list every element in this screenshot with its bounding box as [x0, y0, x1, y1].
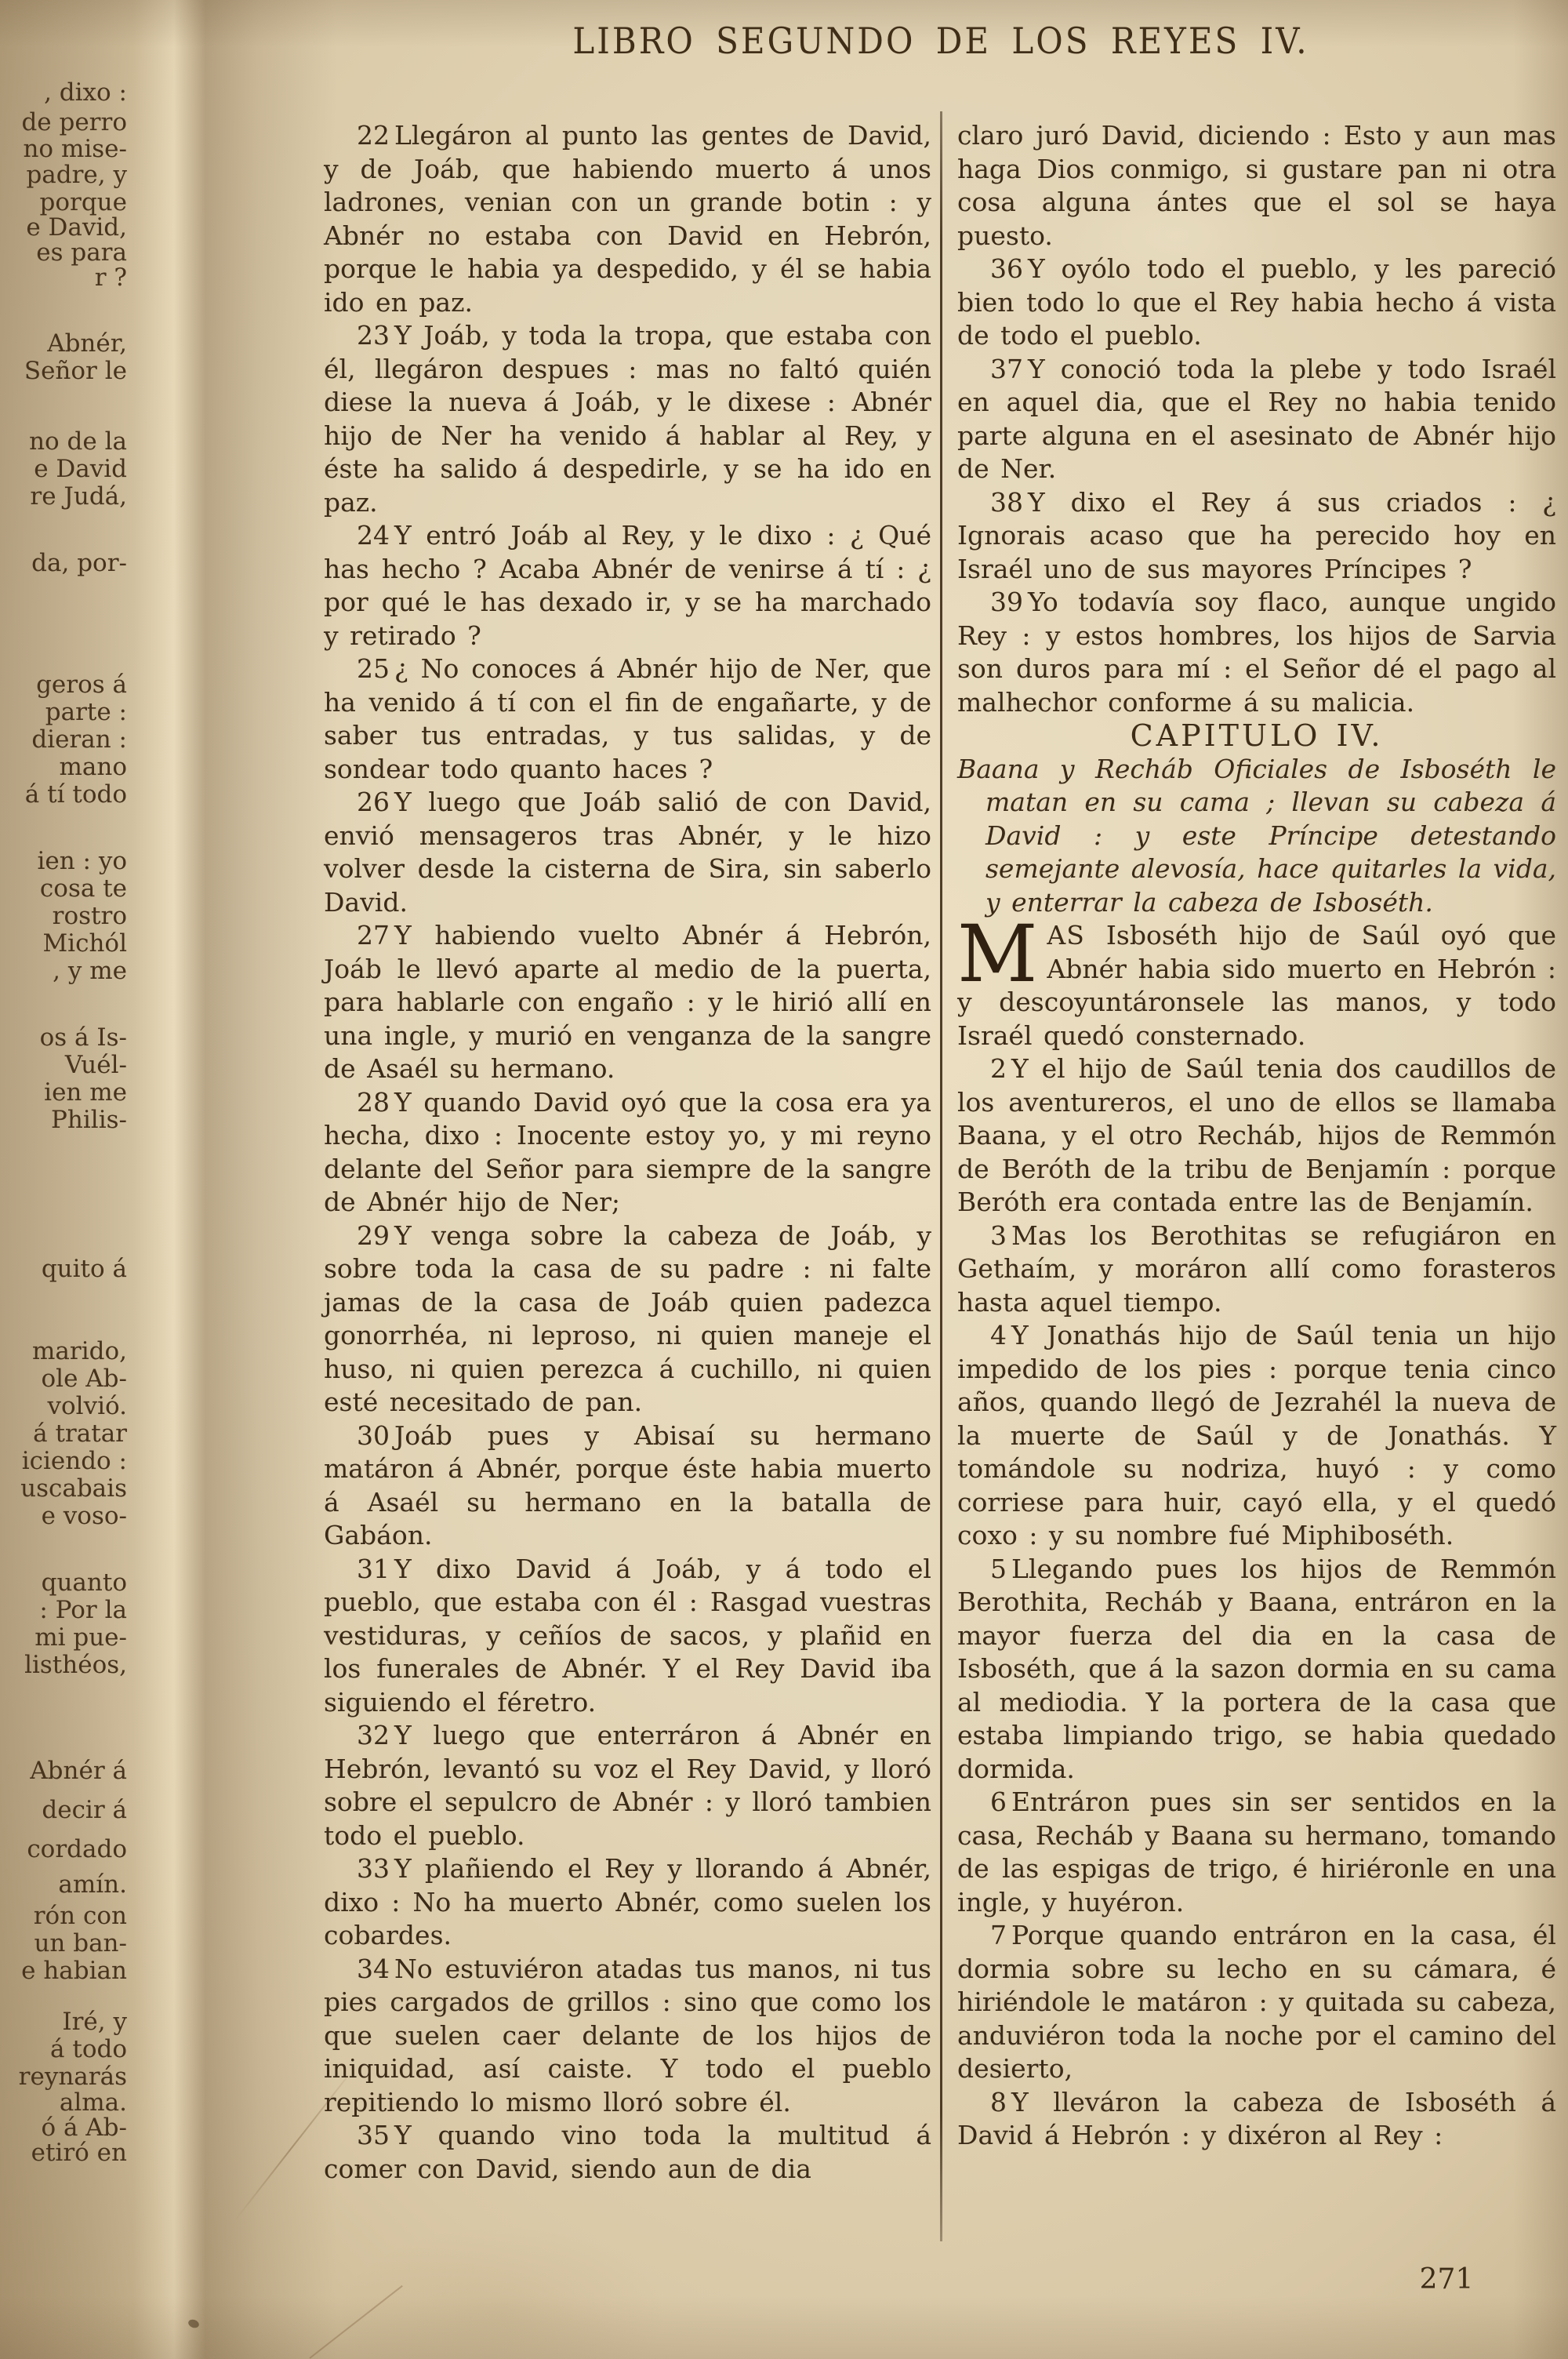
previous-page-text-fragment: Iré, y [62, 2008, 127, 2036]
previous-page-text-fragment: e David, [26, 213, 127, 242]
verse-paragraph-6: 6Entráron pues sin ser sentidos en la ca… [957, 1786, 1556, 1919]
verse-paragraph-37: 37Y conoció toda la plebe y todo Israél … [957, 353, 1556, 486]
previous-page-text-fragment: á tí todo [25, 780, 127, 809]
previous-page-text-fragment: no mise- [23, 135, 127, 163]
previous-page-text-fragment: re Judá, [30, 482, 127, 511]
previous-page-text-fragment: Michól [42, 929, 127, 958]
previous-page-text-fragment: de perro [21, 108, 127, 136]
previous-page-text-fragment: un ban- [34, 1929, 127, 1957]
continuation-paragraph: claro juró David, diciendo : Esto y aun … [957, 119, 1556, 253]
previous-page-text-fragment: iciendo : [22, 1447, 127, 1475]
verse-number: 33 [357, 1853, 394, 1884]
verse-paragraph-38: 38Y dixo el Rey á sus criados : ¿ Ignora… [957, 486, 1556, 587]
previous-page-text-fragment: Abnér, [47, 329, 127, 358]
verse-number: 7 [990, 1920, 1011, 1950]
previous-page-text-fragment: Philis- [51, 1106, 127, 1134]
verse-number: 28 [357, 1087, 394, 1118]
verse-number: 24 [357, 520, 394, 551]
opening-capitals: AS [1047, 920, 1084, 951]
previous-page-text-fragment: geros á [36, 671, 127, 699]
verse-paragraph-2: 2Y el hijo de Saúl tenia dos caudillos d… [957, 1052, 1556, 1219]
previous-page-edge: , dixo :de perrono mise-padre, yporquee … [0, 0, 132, 2359]
verse-paragraph-29: 29Y venga sobre la cabeza de Joáb, y sob… [324, 1219, 931, 1419]
verse-paragraph-24: 24Y entró Joáb al Rey, y le dixo : ¿ Qué… [324, 519, 931, 652]
verse-paragraph-36: 36Y oyólo todo el pueblo, y les pareció … [957, 253, 1556, 353]
verse-number: 2 [990, 1053, 1011, 1084]
previous-page-text-fragment: decir á [42, 1796, 127, 1824]
chapter-title: CAPITULO IV. [957, 719, 1556, 753]
previous-page-text-fragment: dieran : [31, 725, 127, 754]
previous-page-text-fragment: es para [36, 238, 127, 267]
verse-number: 27 [357, 920, 394, 951]
verse-number: 25 [357, 653, 394, 684]
verse-number: 36 [990, 253, 1028, 284]
previous-page-text-fragment: ien : yo [37, 847, 127, 875]
verse-paragraph-22: 22Llegáron al punto las gentes de David,… [324, 119, 931, 319]
verse-number: 30 [357, 1420, 394, 1451]
previous-page-text-fragment: ien me [44, 1078, 127, 1107]
verse-number: 32 [357, 1720, 394, 1750]
verse-number: 5 [990, 1554, 1011, 1584]
verse-paragraph-25: 25¿ No conoces á Abnér hijo de Ner, que … [324, 652, 931, 786]
page-number: 271 [1380, 2263, 1513, 2295]
verse-paragraph-39: 39Yo todavía soy flaco, aunque ungido Re… [957, 586, 1556, 719]
verse-number: 22 [357, 120, 394, 151]
previous-page-text-fragment: , dixo : [44, 78, 127, 107]
verse-paragraph-35: 35Y quando vino toda la multitud á comer… [324, 2119, 931, 2186]
previous-page-text-fragment: mi pue- [34, 1623, 127, 1652]
previous-page-text-fragment: Abnér á [30, 1757, 127, 1785]
previous-page-text-fragment: ole Ab- [42, 1365, 127, 1393]
previous-page-text-fragment: da, por- [31, 549, 127, 577]
verse-paragraph-33: 33Y plañiendo el Rey y llorando á Abnér,… [324, 1852, 931, 1953]
previous-page-text-fragment: cordado [27, 1835, 127, 1863]
verse-paragraph-23: 23Y Joáb, y toda la tropa, que estaba co… [324, 319, 931, 519]
verse-paragraph-4: 4Y Jonathás hijo de Saúl tenia un hijo i… [957, 1319, 1556, 1553]
verse-paragraph-8: 8Y lleváron la cabeza de Isboséth á Davi… [957, 2086, 1556, 2153]
verse-paragraph-27: 27Y habiendo vuelto Abnér á Hebrón, Joáb… [324, 919, 931, 1086]
chapter-summary: Baana y Recháb Oficiales de Isboséth le … [957, 753, 1556, 920]
opening-paragraph: MAS Isboséth hijo de Saúl oyó que Abnér … [957, 919, 1556, 1052]
previous-page-text-fragment: cosa te [40, 874, 127, 903]
verse-paragraph-30: 30Joáb pues y Abisaí su hermano matáron … [324, 1419, 931, 1553]
left-text-column: 22Llegáron al punto las gentes de David,… [324, 119, 931, 2186]
verse-paragraph-3: 3Mas los Berothitas se refugiáron en Get… [957, 1219, 1556, 1320]
previous-page-text-fragment: volvió. [48, 1392, 128, 1420]
verse-paragraph-5: 5Llegando pues los hijos de Remmón Berot… [957, 1553, 1556, 1787]
previous-page-text-fragment: listhéos, [24, 1651, 127, 1679]
verse-number: 23 [357, 320, 394, 351]
previous-page-text-fragment: os á Is- [40, 1023, 127, 1052]
verse-number: 8 [990, 2087, 1011, 2117]
verse-paragraph-7: 7Porque quando entráron en la casa, él d… [957, 1919, 1556, 2086]
previous-page-text-fragment: r ? [95, 264, 127, 292]
previous-page-text-fragment: amín. [58, 1870, 127, 1899]
previous-page-text-fragment: no de la [29, 427, 127, 456]
previous-page-text-fragment: e David [34, 455, 127, 483]
previous-page-text-fragment: rostro [53, 902, 127, 930]
column-divider-rule [940, 111, 942, 2241]
verse-number: 35 [357, 2120, 394, 2150]
previous-page-text-fragment: e voso- [42, 1502, 127, 1530]
previous-page-text-fragment: porque [40, 188, 127, 216]
previous-page-text-fragment: quanto [42, 1568, 127, 1597]
paper-crease-2 [309, 2285, 402, 2359]
verse-paragraph-32: 32Y luego que enterráron á Abnér en Hebr… [324, 1719, 931, 1852]
previous-page-text-fragment: etiró en [31, 2139, 127, 2167]
verse-number: 39 [990, 587, 1028, 617]
verse-number: 4 [990, 1320, 1011, 1350]
verse-number: 31 [357, 1554, 394, 1584]
previous-page-text-fragment: rón con [34, 1902, 127, 1930]
previous-page-text-fragment: uscabais [20, 1474, 127, 1503]
verse-number: 29 [357, 1220, 394, 1251]
verse-paragraph-28: 28Y quando David oyó que la cosa era ya … [324, 1086, 931, 1219]
verse-paragraph-34: 34No estuviéron atadas tus manos, ni tus… [324, 1953, 931, 2120]
verse-number: 3 [990, 1220, 1011, 1251]
previous-page-text-fragment: Vuél- [65, 1051, 127, 1079]
previous-page-text-fragment: padre, y [26, 161, 127, 189]
running-head: LIBRO SEGUNDO DE LOS REYES IV. [325, 20, 1556, 62]
verse-number: 37 [990, 354, 1028, 384]
previous-page-text-fragment: : Por la [39, 1596, 127, 1624]
verse-paragraph-26: 26Y luego que Joáb salió de con David, e… [324, 786, 931, 919]
verse-number: 34 [357, 1954, 394, 1984]
ink-speck [187, 2318, 201, 2329]
right-text-column: claro juró David, diciendo : Esto y aun … [957, 119, 1556, 2153]
previous-page-text-fragment: alma. [60, 2088, 127, 2117]
drop-cap-letter: M [957, 919, 1047, 983]
previous-page-text-fragment: e habian [21, 1957, 127, 1985]
previous-page-text-fragment: , y me [53, 957, 127, 985]
previous-page-text-fragment: reynarás [19, 2063, 127, 2091]
verse-paragraph-31: 31Y dixo David á Joáb, y á todo el puebl… [324, 1553, 931, 1720]
previous-page-text-fragment: á todo [50, 2035, 127, 2063]
book-page-scan: , dixo :de perrono mise-padre, yporquee … [0, 0, 1568, 2359]
previous-page-text-fragment: quito á [42, 1255, 127, 1283]
previous-page-text-fragment: marido, [32, 1337, 127, 1365]
verse-number: 26 [357, 787, 394, 817]
previous-page-text-fragment: ó á Ab- [41, 2114, 127, 2142]
previous-page-text-fragment: Señor le [24, 357, 127, 385]
verse-number: 6 [990, 1787, 1011, 1817]
previous-page-text-fragment: á tratar [33, 1419, 127, 1448]
previous-page-text-fragment: mano [59, 753, 127, 781]
verse-number: 38 [990, 487, 1028, 518]
previous-page-text-fragment: parte : [45, 698, 127, 726]
